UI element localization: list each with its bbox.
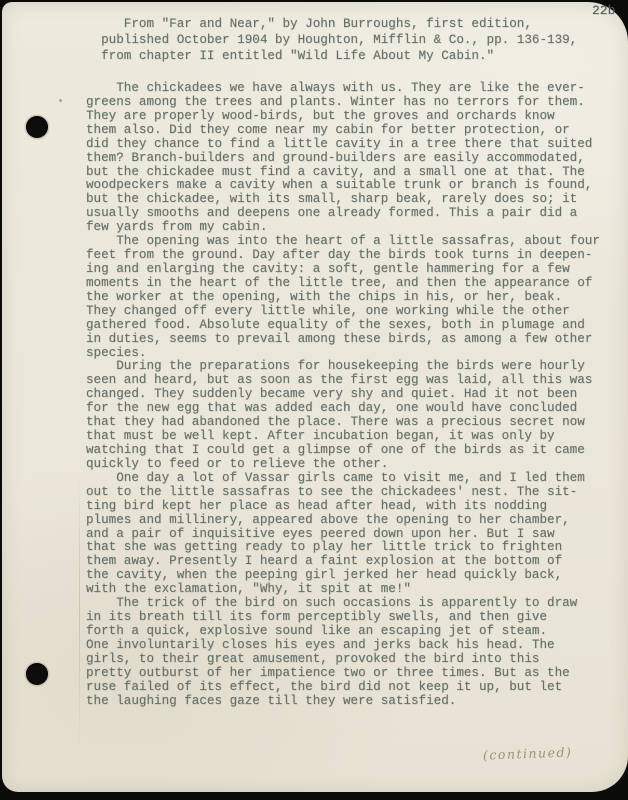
document-page: 22b From "Far and Near," by John Burroug…	[2, 2, 628, 792]
paper-speck	[156, 312, 161, 314]
punch-hole-bottom	[26, 663, 48, 685]
paragraph: One day a lot of Vassar girls came to vi…	[86, 472, 600, 597]
paragraph: During the preparations for housekeeping…	[86, 360, 600, 471]
source-citation: From "Far and Near," by John Burroughs, …	[86, 16, 577, 64]
continued-note: (continued)	[483, 744, 573, 762]
paragraph: The opening was into the heart of a litt…	[86, 235, 600, 360]
page-number: 22b	[592, 3, 615, 18]
scan-background: 22b From "Far and Near," by John Burroug…	[0, 0, 628, 800]
body-text: The chickadees we have always with us. T…	[86, 82, 600, 708]
paper-crease	[79, 472, 80, 752]
paragraph: The trick of the bird on such occasions …	[86, 597, 600, 708]
paragraph: The chickadees we have always with us. T…	[86, 82, 600, 235]
punch-hole-top	[26, 116, 48, 138]
paper-speck	[59, 99, 62, 102]
